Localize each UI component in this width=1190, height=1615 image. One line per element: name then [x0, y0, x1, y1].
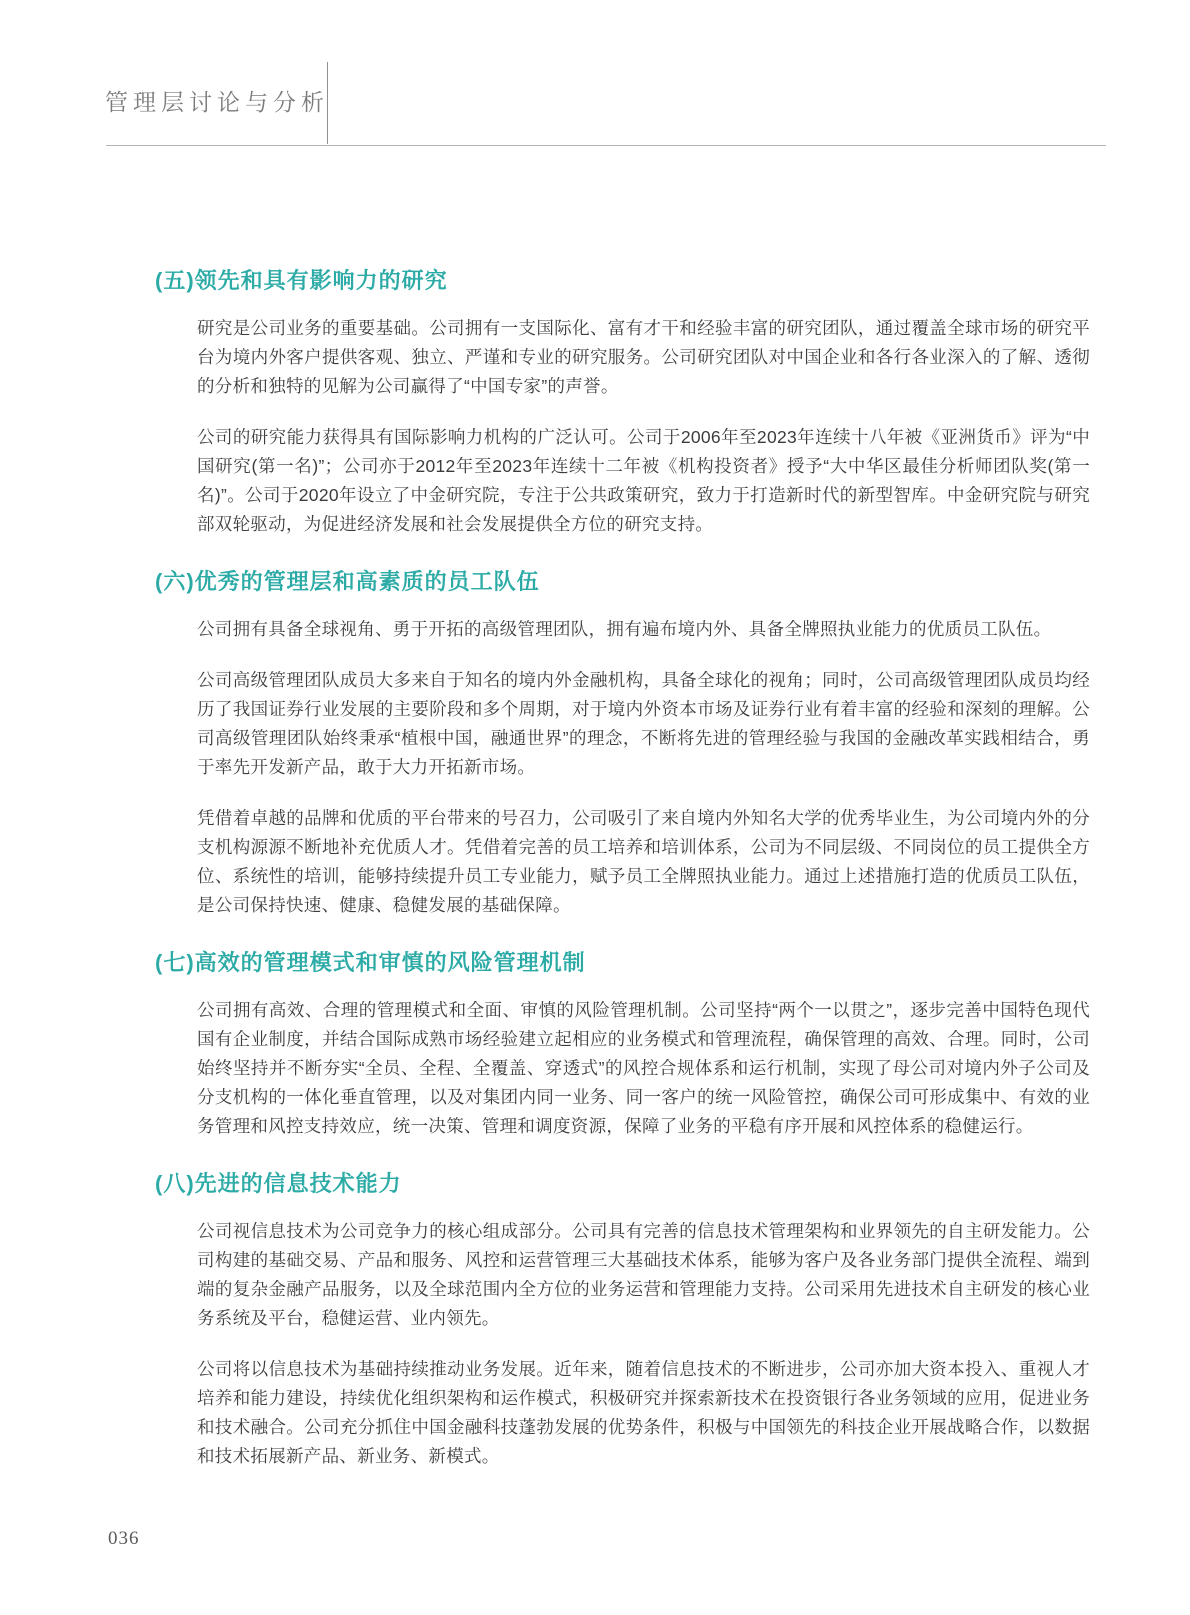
- page-header-title: 管理层讨论与分析: [105, 84, 329, 117]
- paragraph: 公司视信息技术为公司竞争力的核心组成部分。公司具有完善的信息技术管理架构和业界领…: [197, 1217, 1090, 1333]
- header-vertical-divider: [327, 62, 328, 144]
- paragraph: 公司拥有具备全球视角、勇于开拓的高级管理团队，拥有遍布境内外、具备全牌照执业能力…: [197, 615, 1090, 644]
- main-content: (五)领先和具有影响力的研究 研究是公司业务的重要基础。公司拥有一支国际化、富有…: [0, 268, 1190, 1493]
- paragraph: 公司将以信息技术为基础持续推动业务发展。近年来，随着信息技术的不断进步，公司亦加…: [197, 1355, 1090, 1471]
- paragraph: 公司高级管理团队成员大多来自于知名的境内外金融机构，具备全球化的视角；同时，公司…: [197, 666, 1090, 782]
- document-page: 管理层讨论与分析 (五)领先和具有影响力的研究 研究是公司业务的重要基础。公司拥…: [0, 0, 1190, 1615]
- section-heading-7-risk-management: (七)高效的管理模式和审慎的风险管理机制: [155, 950, 1090, 976]
- section-heading-8-information-technology: (八)先进的信息技术能力: [155, 1171, 1090, 1197]
- paragraph: 凭借着卓越的品牌和优质的平台带来的号召力，公司吸引了来自境内外知名大学的优秀毕业…: [197, 804, 1090, 920]
- paragraph: 研究是公司业务的重要基础。公司拥有一支国际化、富有才干和经验丰富的研究团队，通过…: [197, 314, 1090, 401]
- section-heading-6-management-staff: (六)优秀的管理层和高素质的员工队伍: [155, 569, 1090, 595]
- section-heading-5-research: (五)领先和具有影响力的研究: [155, 268, 1090, 294]
- paragraph: 公司拥有高效、合理的管理模式和全面、审慎的风险管理机制。公司坚持“两个一以贯之”…: [197, 996, 1090, 1141]
- header-horizontal-rule: [106, 145, 1106, 146]
- paragraph: 公司的研究能力获得具有国际影响力机构的广泛认可。公司于2006年至2023年连续…: [197, 423, 1090, 539]
- page-number: 036: [108, 1528, 140, 1550]
